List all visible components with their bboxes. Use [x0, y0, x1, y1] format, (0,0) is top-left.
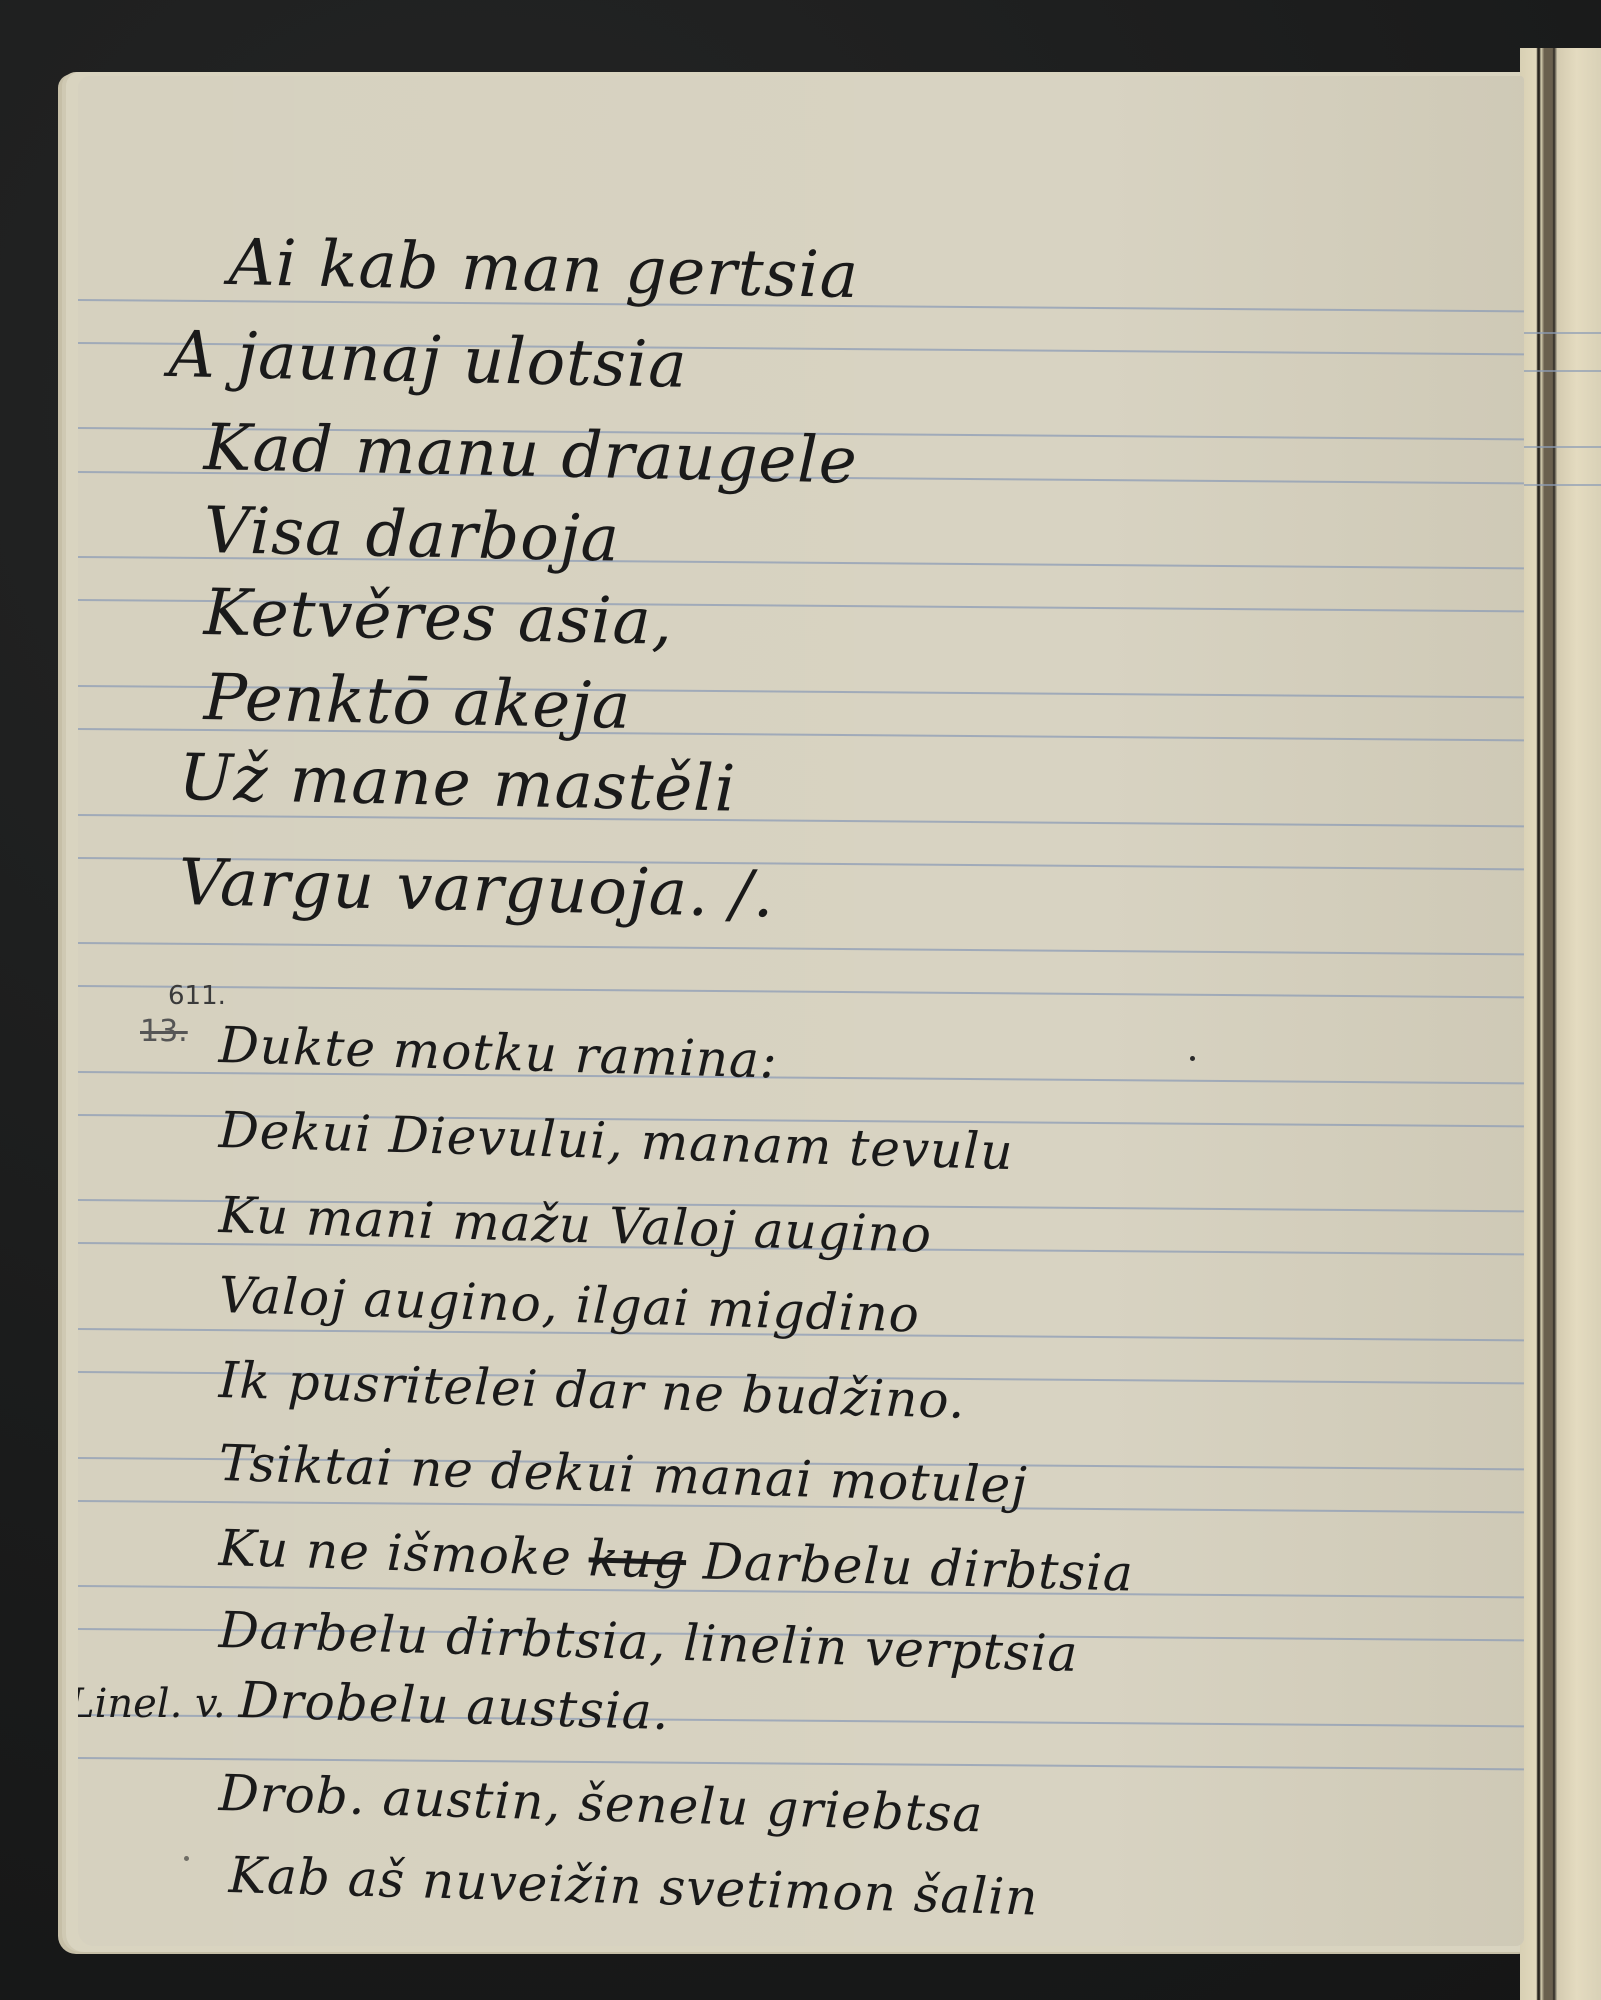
song2-line-4: Ik pusritelei dar ne budžino.	[218, 1351, 966, 1430]
song1-line-3: Kad manu draugele	[203, 411, 858, 499]
ruled-line	[78, 942, 1524, 955]
song1-line-7: Už mane mastěli	[178, 741, 737, 827]
song2-line-3: Valoj augino, ilgai migdino	[218, 1266, 921, 1344]
spine-rule	[1520, 446, 1601, 448]
song1-line-6: Penktō akeja	[203, 661, 632, 744]
song1-line-1: Ai kab man gertsia	[228, 226, 860, 313]
song2-line-1: Dekui Dievului, manam tevulu	[218, 1101, 1014, 1181]
spine-rule	[1520, 332, 1601, 334]
song2-line-8: Drobelu austsia.	[238, 1671, 670, 1741]
song2-line-6-start: Ku ne išmoke	[218, 1519, 573, 1587]
song1-line-5: Ketvěres asia,	[203, 576, 674, 660]
song1-line-4: Visa darboja	[203, 494, 621, 577]
notebook-spine	[1520, 48, 1601, 2000]
notebook-page: Ai kab man gertsia A jaunaj ulotsia Kad …	[78, 76, 1524, 1946]
song1-line-2: A jaunaj ulotsia	[168, 318, 688, 403]
song1-line-8: Vargu varguoja. /.	[178, 846, 775, 932]
ruled-line	[78, 985, 1524, 998]
song-number-original: 13.	[140, 1014, 188, 1049]
spine-rule	[1520, 484, 1601, 486]
song2-line-9: Drob. austin, šenelu griebtsa	[218, 1764, 984, 1843]
song2-title: Dukte motku ramina:	[218, 1016, 779, 1090]
song2-line-2: Ku mani mažu Valoj augino	[218, 1186, 933, 1264]
ink-dot	[1190, 1056, 1195, 1061]
song-number-current: 611.	[168, 981, 226, 1011]
song2-line-7: Darbelu dirbtsia, linelin verptsia	[218, 1601, 1079, 1683]
spine-rule	[1520, 370, 1601, 372]
song2-line-10: Kab aš nuveižin svetimon šalin	[228, 1846, 1039, 1927]
struck-word: kug	[588, 1529, 687, 1590]
margin-note-linel: Linel. v.	[78, 1681, 226, 1727]
song2-line-6-end: Darbelu dirbtsia	[702, 1533, 1134, 1603]
ink-dot	[184, 1856, 189, 1861]
